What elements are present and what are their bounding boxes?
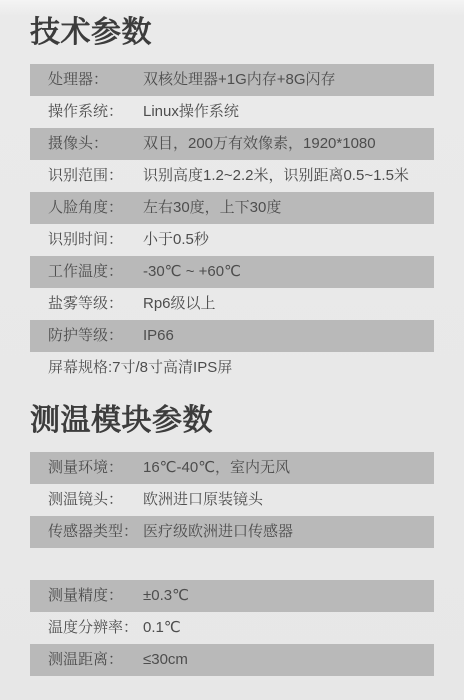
spec-row: 处理器：双核处理器+1G内存+8G闪存 — [30, 64, 434, 96]
spec-row: 屏幕规格:7寸/8寸高清IPS屏 — [30, 352, 434, 384]
spec-value: IP66 — [143, 320, 174, 352]
spec-row: 盐雾等级：Rp6级以上 — [30, 288, 434, 320]
spec-value: 双核处理器+1G内存+8G闪存 — [143, 64, 336, 96]
spec-label: 温度分辨率： — [48, 612, 143, 644]
spec-label: 盐雾等级： — [48, 288, 143, 320]
spec-label: 测温镜头： — [48, 484, 143, 516]
spec-row: 测量环境：16℃-40℃，室内无风 — [30, 452, 434, 484]
spec-row: 工作温度：-30℃ ~ +60℃ — [30, 256, 434, 288]
spec-label: 测量精度： — [48, 580, 143, 612]
spec-value: 医疗级欧洲进口传感器 — [143, 516, 293, 548]
spec-sheet: 技术参数处理器：双核处理器+1G内存+8G闪存操作系统：Linux操作系统摄像头… — [0, 0, 464, 700]
spec-label: 防护等级： — [48, 320, 143, 352]
spec-row: 识别时间：小于0.5秒 — [30, 224, 434, 256]
spec-row: 人脸角度：左右30度，上下30度 — [30, 192, 434, 224]
spec-row: 测温镜头：欧洲进口原装镜头 — [30, 484, 434, 516]
spec-group: 处理器：双核处理器+1G内存+8G闪存操作系统：Linux操作系统摄像头：双目，… — [30, 64, 434, 384]
spec-label: 屏幕规格: — [48, 352, 112, 384]
spec-section: 测温模块参数测量环境：16℃-40℃，室内无风测温镜头：欧洲进口原装镜头传感器类… — [30, 402, 434, 676]
spec-row: 识别范围：识别高度1.2~2.2米，识别距离0.5~1.5米 — [30, 160, 434, 192]
spec-value: ±0.3℃ — [143, 580, 189, 612]
spec-value: Rp6级以上 — [143, 288, 216, 320]
spec-value: 识别高度1.2~2.2米，识别距离0.5~1.5米 — [143, 160, 409, 192]
spec-row: 防护等级：IP66 — [30, 320, 434, 352]
spec-label: 测温距离： — [48, 644, 143, 676]
spec-value: 小于0.5秒 — [143, 224, 209, 256]
spec-value: 左右30度，上下30度 — [143, 192, 281, 224]
section-title: 技术参数 — [30, 14, 434, 52]
spec-label: 处理器： — [48, 64, 143, 96]
spec-value: 16℃-40℃，室内无风 — [143, 452, 290, 484]
spec-value: 0.1℃ — [143, 612, 181, 644]
spec-row: 测量精度：±0.3℃ — [30, 580, 434, 612]
spec-row: 摄像头：双目，200万有效像素，1920*1080 — [30, 128, 434, 160]
spec-row: 操作系统：Linux操作系统 — [30, 96, 434, 128]
spec-label: 识别范围： — [48, 160, 143, 192]
spec-value: -30℃ ~ +60℃ — [143, 256, 241, 288]
spec-value: ≤30cm — [143, 644, 188, 676]
spec-group: 测量环境：16℃-40℃，室内无风测温镜头：欧洲进口原装镜头传感器类型：医疗级欧… — [30, 452, 434, 548]
group-spacer — [30, 548, 434, 580]
spec-row: 传感器类型：医疗级欧洲进口传感器 — [30, 516, 434, 548]
spec-value: 欧洲进口原装镜头 — [143, 484, 263, 516]
spec-row: 温度分辨率：0.1℃ — [30, 612, 434, 644]
spec-label: 传感器类型： — [48, 516, 143, 548]
spec-label: 识别时间： — [48, 224, 143, 256]
section-title: 测温模块参数 — [30, 402, 434, 440]
spec-label: 人脸角度： — [48, 192, 143, 224]
spec-label: 工作温度： — [48, 256, 143, 288]
spec-label: 测量环境： — [48, 452, 143, 484]
spec-value: Linux操作系统 — [143, 96, 239, 128]
spec-label: 操作系统： — [48, 96, 143, 128]
spec-value: 双目，200万有效像素，1920*1080 — [143, 128, 376, 160]
spec-group: 测量精度：±0.3℃温度分辨率：0.1℃测温距离：≤30cm — [30, 580, 434, 676]
spec-row: 测温距离：≤30cm — [30, 644, 434, 676]
spec-section: 技术参数处理器：双核处理器+1G内存+8G闪存操作系统：Linux操作系统摄像头… — [30, 14, 434, 384]
spec-value: 7寸/8寸高清IPS屏 — [112, 352, 232, 384]
spec-label: 摄像头： — [48, 128, 143, 160]
